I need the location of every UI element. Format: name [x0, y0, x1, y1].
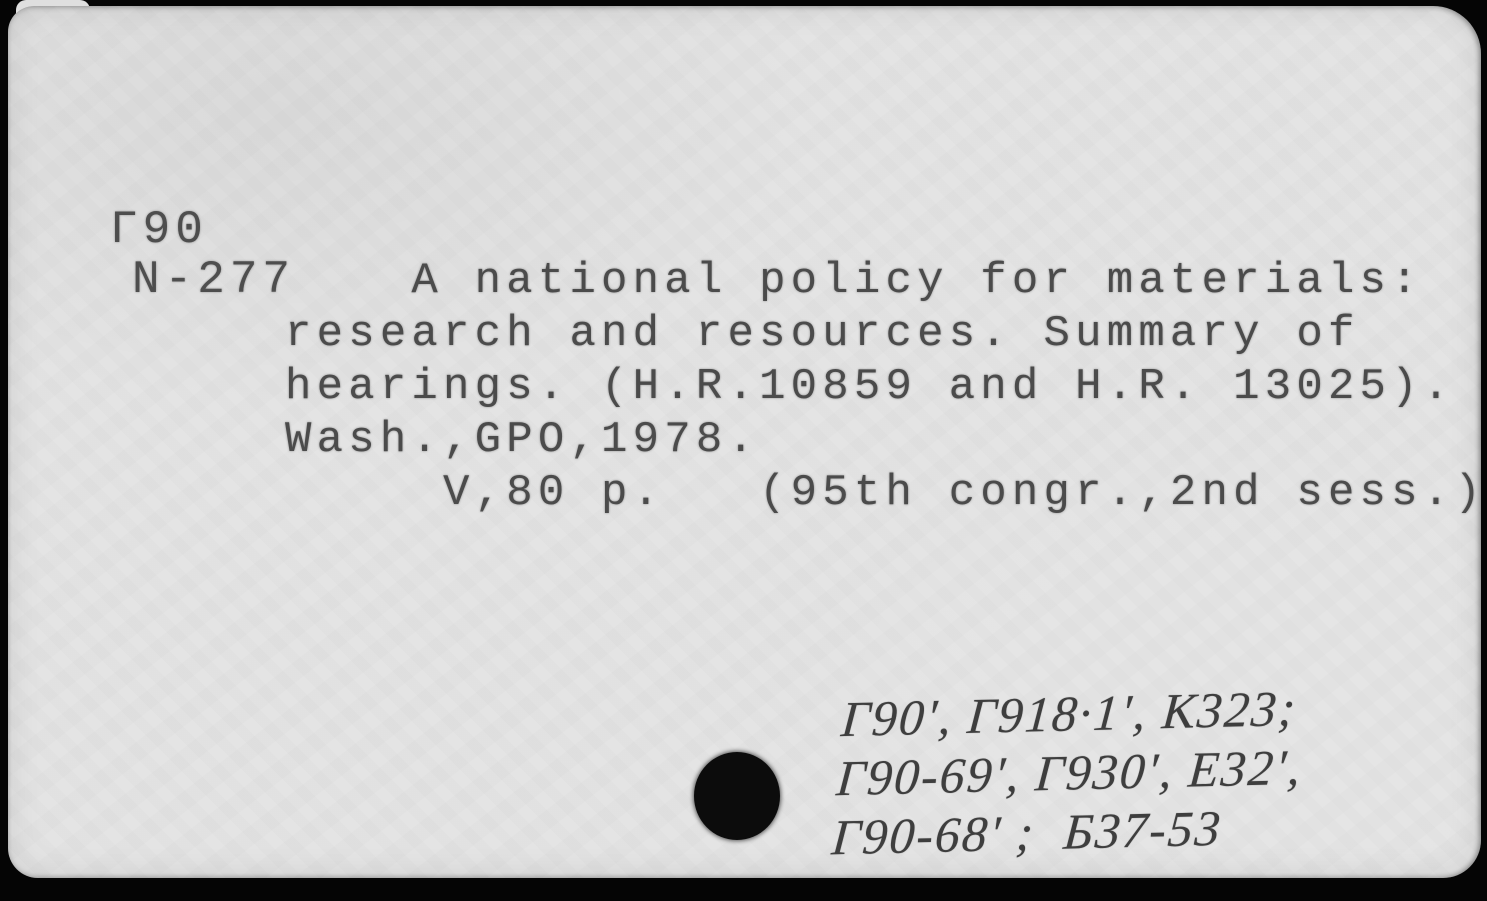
ink-dot — [694, 752, 780, 840]
scanned-card-image: Г90 N-277 A national policy for material… — [0, 0, 1487, 901]
call-number-item: N-277 — [132, 254, 295, 306]
typed-line-collation: V,80 p. (95th congr.,2nd sess.) — [285, 467, 1486, 520]
handwritten-shelf-marks: Г90', Г918·1', К323; Г90-69', Г930', Е32… — [830, 673, 1487, 867]
typed-line-imprint: Wash.,GPO,1978. — [285, 414, 1486, 467]
typed-line-title-2: research and resources. Summary of — [285, 308, 1486, 361]
call-number-class: Г90 — [110, 204, 208, 256]
typed-line-title-1: A national policy for materials: — [285, 255, 1486, 308]
typed-line-title-3: hearings. (H.R.10859 and H.R. 13025). — [285, 361, 1486, 414]
typed-entry: A national policy for materials: researc… — [285, 255, 1486, 520]
catalog-card: Г90 N-277 A national policy for material… — [8, 6, 1481, 878]
